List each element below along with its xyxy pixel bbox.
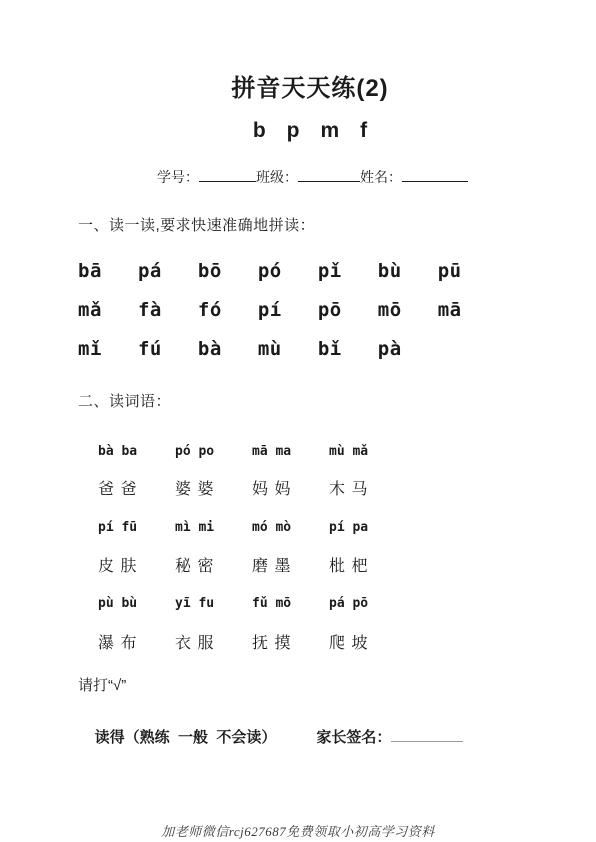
initial-letter-m: m <box>320 119 339 143</box>
signature-blank <box>391 728 463 742</box>
word-pinyin: pó po <box>175 444 252 459</box>
grade-options: 读得（熟练 一般 不会读） <box>95 729 277 746</box>
word-characters: 枇 杷 <box>329 553 406 576</box>
pinyin-syllable: pá <box>138 260 186 282</box>
pinyin-syllable: mǐ <box>78 338 126 360</box>
word-char-row-2: 皮 肤 秘 密 磨 墨 枇 杷 <box>98 553 406 576</box>
grade-line: 读得（熟练 一般 不会读）家长签名： <box>78 709 463 764</box>
pinyin-syllable: mù <box>258 338 306 360</box>
word-char-row-3: 瀑 布 衣 服 抚 摸 爬 坡 <box>98 630 406 653</box>
name-label: 姓名： <box>360 169 402 185</box>
pinyin-row-1: bā pá bō pó pǐ bù pū <box>78 260 486 282</box>
pinyin-syllable: bā <box>78 260 126 282</box>
pinyin-syllable: fà <box>138 299 186 321</box>
word-pinyin: pá pō <box>329 596 406 611</box>
section2-heading: 二、读词语： <box>78 390 171 411</box>
word-pinyin: mù mǎ <box>329 444 406 459</box>
word-characters: 木 马 <box>329 476 406 499</box>
word-characters: 秘 密 <box>175 553 252 576</box>
word-pinyin: fǔ mō <box>252 596 329 611</box>
word-pinyin: mó mò <box>252 520 329 535</box>
word-characters: 磨 墨 <box>252 553 329 576</box>
word-pinyin-row-1: bà ba pó po mā ma mù mǎ <box>98 444 406 459</box>
worksheet-page: 拼音天天练(2) b p m f 学号：班级：姓名： 一、读一读,要求快速准确地… <box>0 0 596 842</box>
student-no-blank <box>199 168 256 182</box>
word-pinyin: pù bù <box>98 596 175 611</box>
page-title: 拼音天天练(2) <box>12 68 596 103</box>
student-info-line: 学号：班级：姓名： <box>157 167 468 187</box>
pinyin-syllable: fú <box>138 338 186 360</box>
word-pinyin: yī fu <box>175 596 252 611</box>
pinyin-syllable: fó <box>198 299 246 321</box>
word-pinyin: mā ma <box>252 444 329 459</box>
pinyin-syllable: mǎ <box>78 299 126 321</box>
initials-row: b p m f <box>12 119 596 143</box>
word-pinyin: mì mi <box>175 520 252 535</box>
name-blank <box>402 168 468 182</box>
section1-heading: 一、读一读,要求快速准确地拼读： <box>78 214 315 235</box>
word-pinyin: pí pa <box>329 520 406 535</box>
word-characters: 婆 婆 <box>175 476 252 499</box>
pinyin-syllable: bō <box>198 260 246 282</box>
word-characters: 爸 爸 <box>98 476 175 499</box>
pinyin-syllable: pō <box>318 299 366 321</box>
pinyin-row-3: mǐ fú bà mù bǐ pà <box>78 338 426 360</box>
pinyin-syllable: bù <box>378 260 426 282</box>
pinyin-syllable: pǐ <box>318 260 366 282</box>
pinyin-syllable: pó <box>258 260 306 282</box>
word-characters: 妈 妈 <box>252 476 329 499</box>
student-no-label: 学号： <box>157 169 199 185</box>
initial-letter-b: b <box>253 119 266 143</box>
pinyin-syllable: pū <box>438 260 486 282</box>
pinyin-syllable: mō <box>378 299 426 321</box>
initial-letter-p: p <box>287 119 300 143</box>
word-characters: 皮 肤 <box>98 553 175 576</box>
pinyin-syllable: pà <box>378 338 426 360</box>
word-characters: 衣 服 <box>175 630 252 653</box>
pinyin-row-2: mǎ fà fó pí pō mō mā <box>78 299 486 321</box>
word-pinyin: pí fū <box>98 520 175 535</box>
check-instruction: 请打“√” <box>78 674 126 695</box>
pinyin-syllable: mā <box>438 299 486 321</box>
word-characters: 抚 摸 <box>252 630 329 653</box>
word-characters: 爬 坡 <box>329 630 406 653</box>
pinyin-syllable: pí <box>258 299 306 321</box>
initial-letter-f: f <box>360 119 367 143</box>
word-characters: 瀑 布 <box>98 630 175 653</box>
word-pinyin-row-3: pù bù yī fu fǔ mō pá pō <box>98 596 406 611</box>
signature-label: 家长签名： <box>316 729 391 746</box>
word-pinyin: bà ba <box>98 444 175 459</box>
class-blank <box>298 168 360 182</box>
word-pinyin-row-2: pí fū mì mi mó mò pí pa <box>98 520 406 535</box>
pinyin-syllable: bà <box>198 338 246 360</box>
watermark-text: 加老师微信rcj627687免费领取小初高学习资料 <box>0 821 596 840</box>
pinyin-syllable: bǐ <box>318 338 366 360</box>
word-char-row-1: 爸 爸 婆 婆 妈 妈 木 马 <box>98 476 406 499</box>
class-label: 班级： <box>256 169 298 185</box>
